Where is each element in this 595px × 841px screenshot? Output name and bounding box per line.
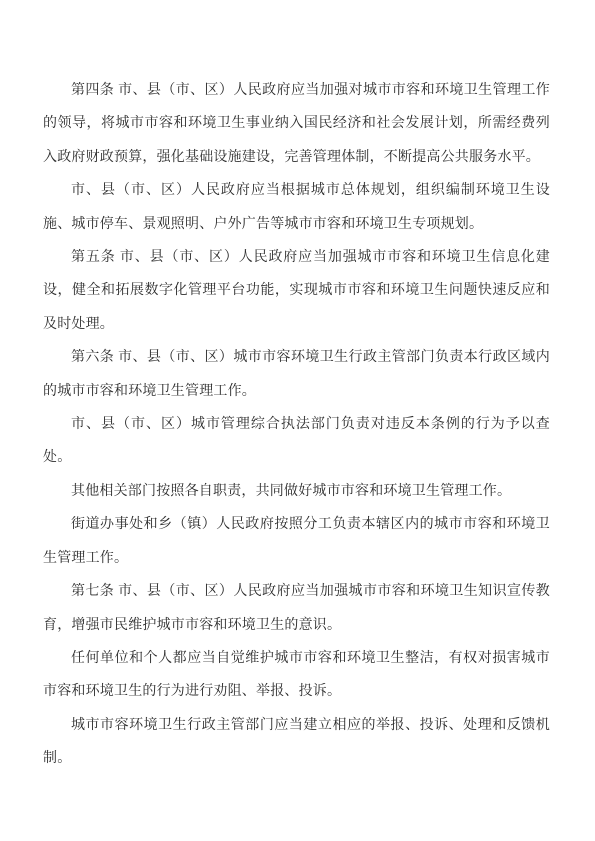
- paragraph: 其他相关部门按照各自职责，共同做好城市市容和环境卫生管理工作。: [43, 475, 550, 508]
- paragraph: 第四条 市、县（市、区）人民政府应当加强对城市市容和环境卫生管理工作的领导，将城…: [43, 74, 550, 174]
- paragraph: 第五条 市、县（市、区）人民政府应当加强城市市容和环境卫生信息化建设，健全和拓展…: [43, 241, 550, 341]
- paragraph: 第七条 市、县（市、区）人民政府应当加强城市市容和环境卫生知识宣传教育，增强市民…: [43, 575, 550, 642]
- paragraph: 城市市容环境卫生行政主管部门应当建立相应的举报、投诉、处理和反馈机制。: [43, 709, 550, 776]
- paragraph: 市、县（市、区）人民政府应当根据城市总体规划，组织编制环境卫生设施、城市停车、景…: [43, 174, 550, 241]
- paragraph: 街道办事处和乡（镇）人民政府按照分工负责本辖区内的城市市容和环境卫生管理工作。: [43, 508, 550, 575]
- document-page: 第四条 市、县（市、区）人民政府应当加强对城市市容和环境卫生管理工作的领导，将城…: [0, 0, 595, 841]
- paragraph: 市、县（市、区）城市管理综合执法部门负责对违反本条例的行为予以查处。: [43, 408, 550, 475]
- paragraph: 第六条 市、县（市、区）城市市容环境卫生行政主管部门负责本行政区域内的城市市容和…: [43, 341, 550, 408]
- paragraph: 任何单位和个人都应当自觉维护城市市容和环境卫生整洁，有权对损害城市市容和环境卫生…: [43, 642, 550, 709]
- document-text-block: 第四条 市、县（市、区）人民政府应当加强对城市市容和环境卫生管理工作的领导，将城…: [43, 74, 550, 776]
